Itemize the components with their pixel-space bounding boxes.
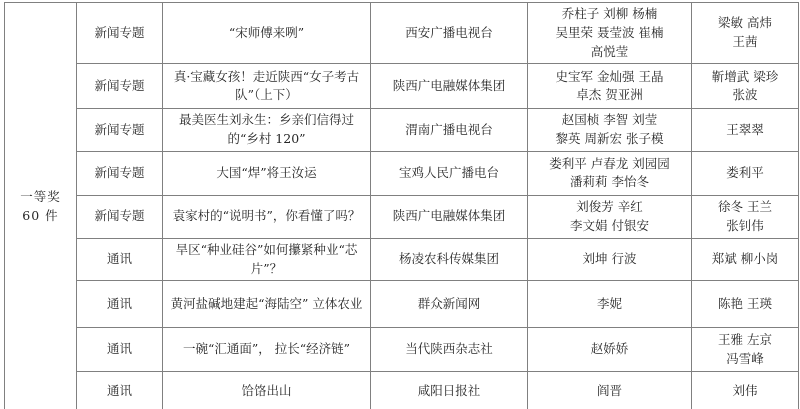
- table-row: 新闻专题 大国“焊”将王汝运 宝鸡人民广播电台 娄利平 卢春龙 刘园园 潘莉莉 …: [5, 151, 799, 195]
- authors-cell: 乔柱子 刘柳 杨楠 吴里荣 聂莹波 崔楠 高悦莹: [528, 3, 692, 64]
- editors-cell: 娄利平: [692, 151, 799, 195]
- organization-cell: 咸阳日报社: [371, 372, 528, 409]
- editors-cell: 陈艳 王瑛: [692, 281, 799, 328]
- category-cell: 新闻专题: [77, 109, 163, 152]
- table-row: 新闻专题 最美医生刘永生：乡亲们信得过的“乡村 120” 渭南广播电视台 赵国桢…: [5, 109, 799, 152]
- awards-document-page: 一等奖 60 件 新闻专题 “宋师傅来咧” 西安广播电视台 乔柱子 刘柳 杨楠 …: [0, 0, 800, 409]
- title-cell: 一碗“汇通面”， 拉长“经济链”: [163, 328, 371, 372]
- title-cell: 最美医生刘永生：乡亲们信得过的“乡村 120”: [163, 109, 371, 152]
- category-cell: 新闻专题: [77, 3, 163, 64]
- category-cell: 新闻专题: [77, 64, 163, 109]
- category-cell: 通讯: [77, 328, 163, 372]
- category-cell: 新闻专题: [77, 151, 163, 195]
- editors-cell: 靳增武 梁珍 张波: [692, 64, 799, 109]
- editors-cell: 徐冬 王兰 张钊伟: [692, 195, 799, 238]
- title-cell: 真·宝藏女孩！走近陕西“女子考古队”（上下）: [163, 64, 371, 109]
- organization-cell: 陕西广电融媒体集团: [371, 195, 528, 238]
- authors-cell: 赵国桢 李智 刘莹 黎英 周新宏 张子模: [528, 109, 692, 152]
- organization-cell: 当代陕西杂志社: [371, 328, 528, 372]
- category-cell: 通讯: [77, 372, 163, 409]
- title-cell: 袁家村的“说明书”，你看懂了吗？: [163, 195, 371, 238]
- award-group-cell: 一等奖 60 件: [5, 3, 77, 409]
- title-cell: 大国“焊”将王汝运: [163, 151, 371, 195]
- category-cell: 通讯: [77, 238, 163, 281]
- table-row: 新闻专题 真·宝藏女孩！走近陕西“女子考古队”（上下） 陕西广电融媒体集团 史宝…: [5, 64, 799, 109]
- table-row: 通讯 黄河盐碱地建起“海陆空” 立体农业 群众新闻网 李妮 陈艳 王瑛: [5, 281, 799, 328]
- table-row: 新闻专题 袁家村的“说明书”，你看懂了吗？ 陕西广电融媒体集团 刘俊芳 辛红 李…: [5, 195, 799, 238]
- editors-cell: 郑斌 柳小岗: [692, 238, 799, 281]
- authors-cell: 刘俊芳 辛红 李文娟 付银安: [528, 195, 692, 238]
- authors-cell: 娄利平 卢春龙 刘园园 潘莉莉 李怡冬: [528, 151, 692, 195]
- organization-cell: 杨凌农科传媒集团: [371, 238, 528, 281]
- category-cell: 新闻专题: [77, 195, 163, 238]
- organization-cell: 渭南广播电视台: [371, 109, 528, 152]
- awards-table: 一等奖 60 件 新闻专题 “宋师傅来咧” 西安广播电视台 乔柱子 刘柳 杨楠 …: [4, 2, 799, 409]
- authors-cell: 李妮: [528, 281, 692, 328]
- table-row: 通讯 一碗“汇通面”， 拉长“经济链” 当代陕西杂志社 赵娇娇 王雅 左京 冯雪…: [5, 328, 799, 372]
- organization-cell: 群众新闻网: [371, 281, 528, 328]
- table-row: 通讯 旱区“种业硅谷”如何攥紧种业“芯片”？ 杨凌农科传媒集团 刘坤 行波 郑斌…: [5, 238, 799, 281]
- editors-cell: 王翠翠: [692, 109, 799, 152]
- authors-cell: 阎晋: [528, 372, 692, 409]
- title-cell: 饸饹出山: [163, 372, 371, 409]
- title-cell: “宋师傅来咧”: [163, 3, 371, 64]
- authors-cell: 刘坤 行波: [528, 238, 692, 281]
- editors-cell: 王雅 左京 冯雪峰: [692, 328, 799, 372]
- authors-cell: 赵娇娇: [528, 328, 692, 372]
- editors-cell: 刘伟: [692, 372, 799, 409]
- authors-cell: 史宝军 金灿强 王晶 卓杰 贺亚洲: [528, 64, 692, 109]
- table-row: 通讯 饸饹出山 咸阳日报社 阎晋 刘伟: [5, 372, 799, 409]
- category-cell: 通讯: [77, 281, 163, 328]
- editors-cell: 梁敏 高炜 王茜: [692, 3, 799, 64]
- organization-cell: 陕西广电融媒体集团: [371, 64, 528, 109]
- organization-cell: 宝鸡人民广播电台: [371, 151, 528, 195]
- organization-cell: 西安广播电视台: [371, 3, 528, 64]
- table-row: 一等奖 60 件 新闻专题 “宋师傅来咧” 西安广播电视台 乔柱子 刘柳 杨楠 …: [5, 3, 799, 64]
- title-cell: 黄河盐碱地建起“海陆空” 立体农业: [163, 281, 371, 328]
- title-cell: 旱区“种业硅谷”如何攥紧种业“芯片”？: [163, 238, 371, 281]
